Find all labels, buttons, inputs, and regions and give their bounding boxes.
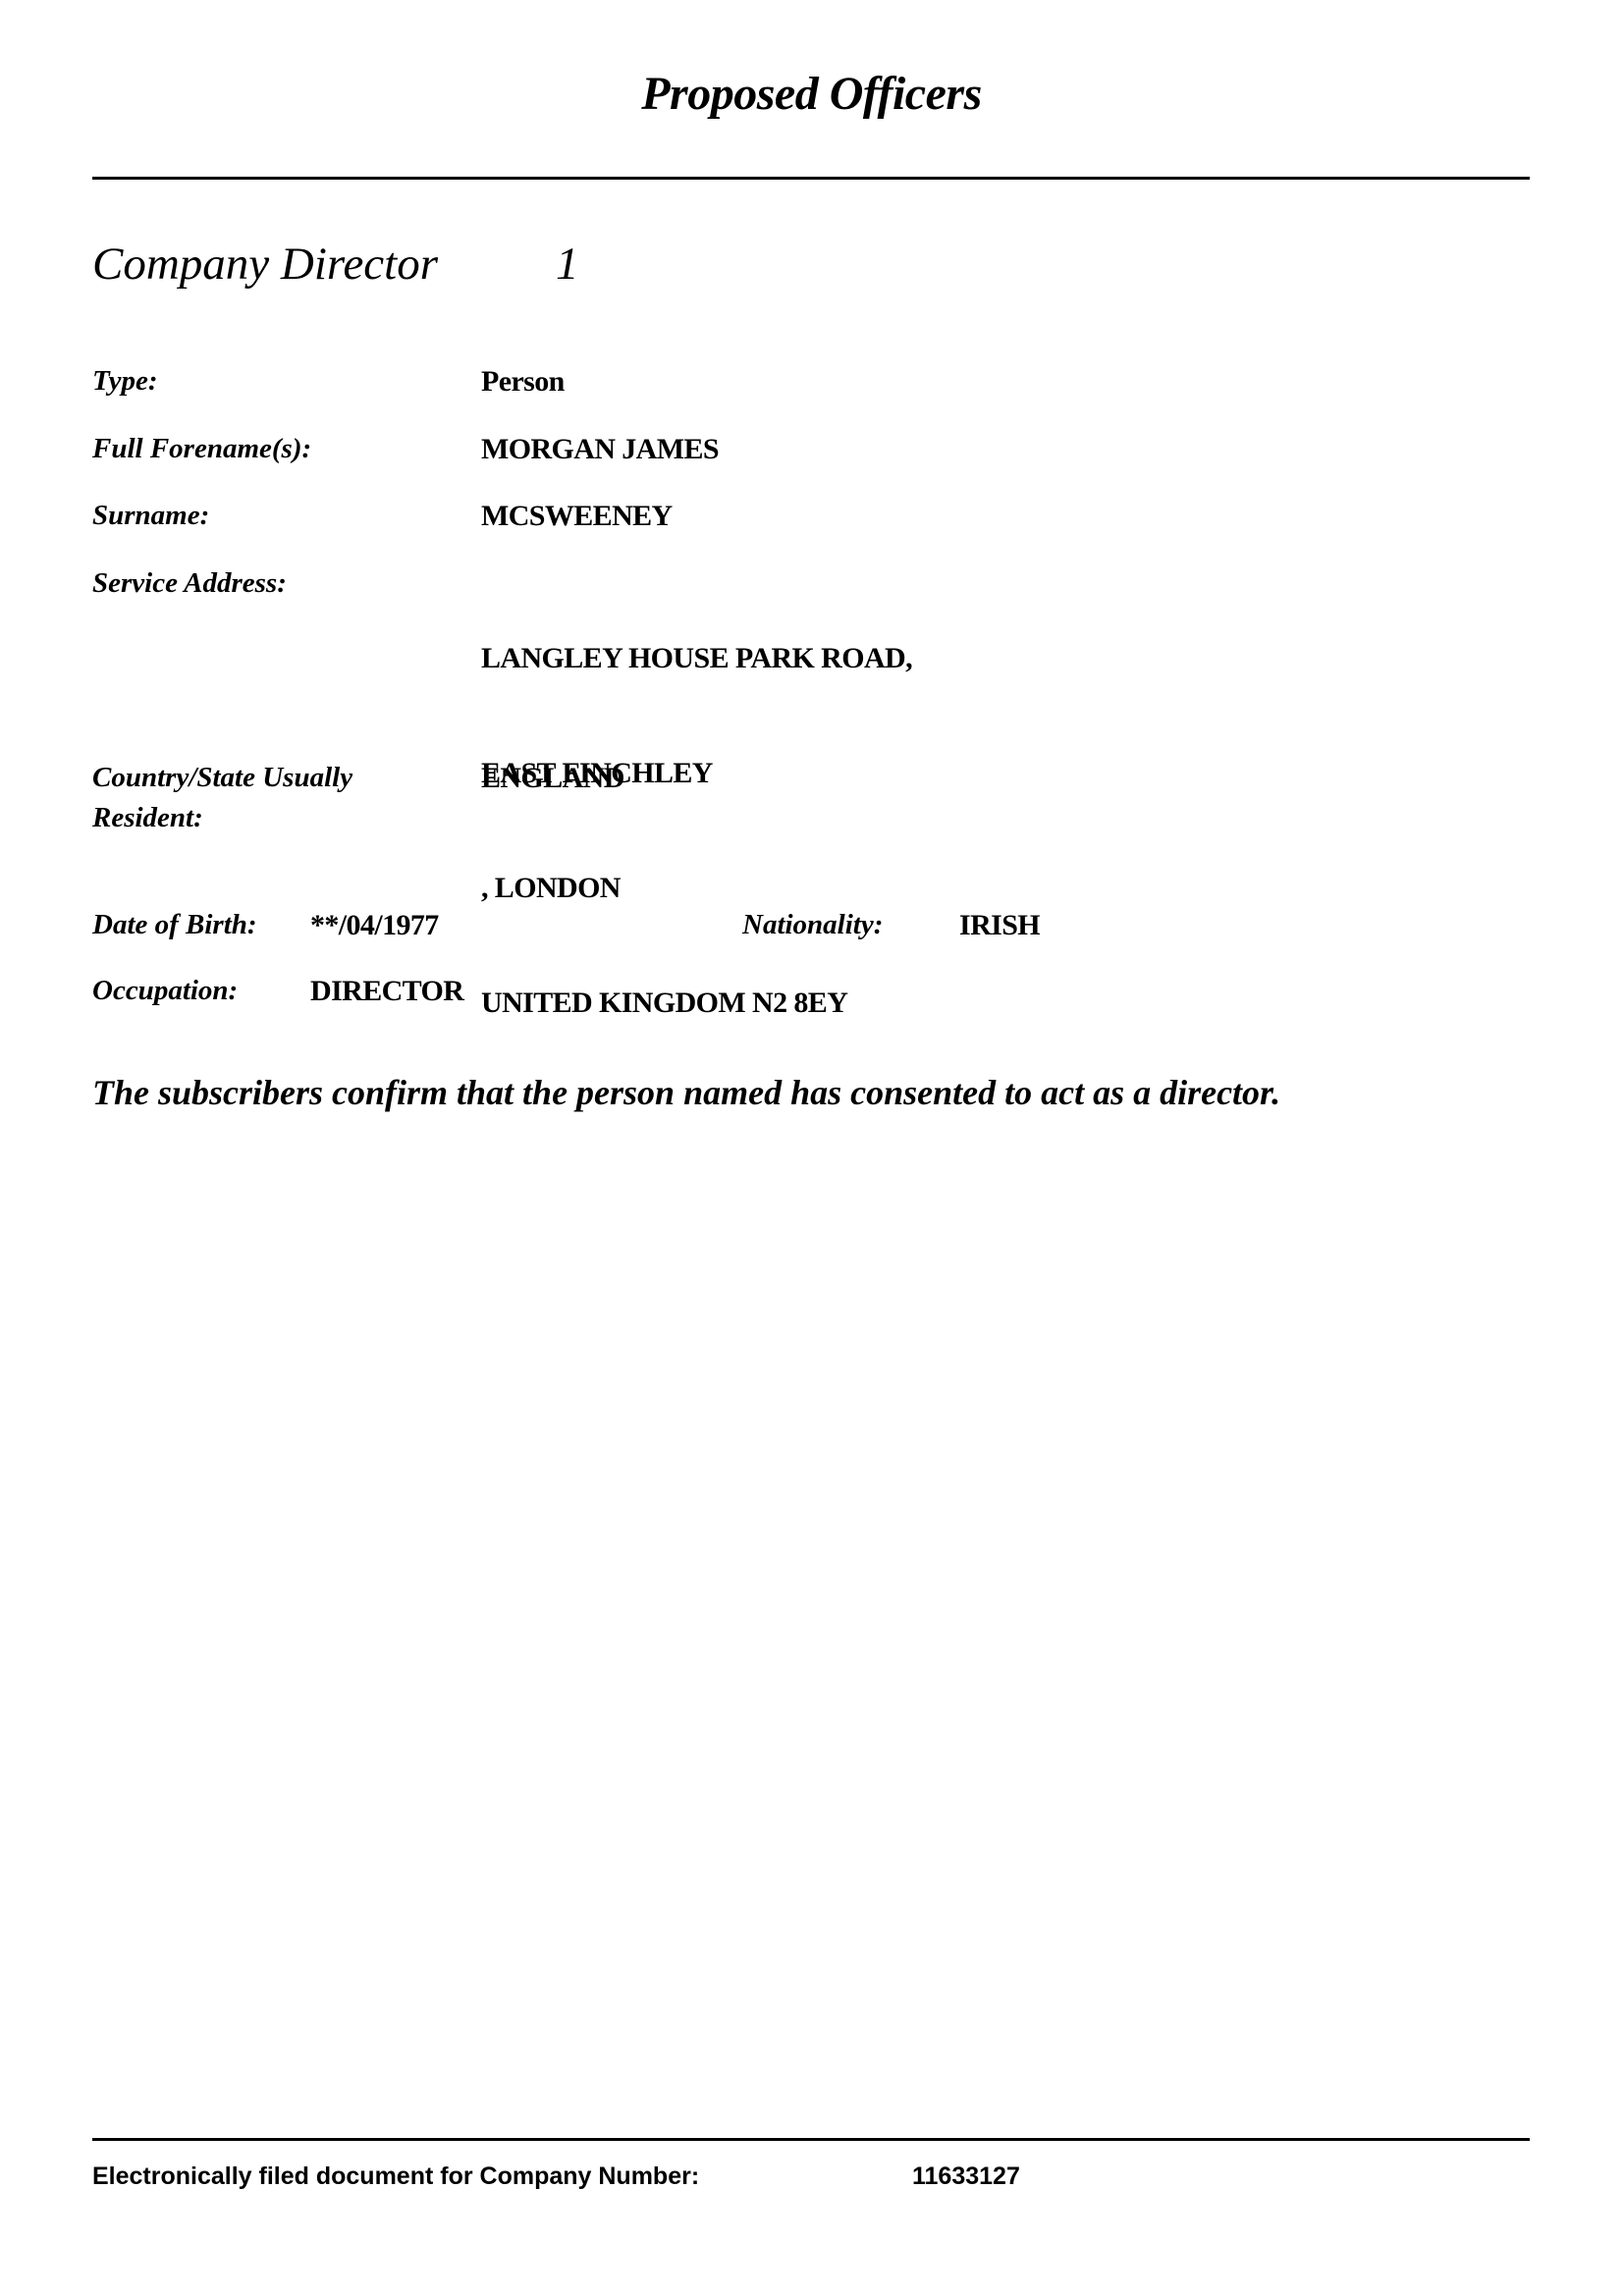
country-resident-value: ENGLAND (481, 764, 624, 793)
consent-statement: The subscribers confirm that the person … (92, 1075, 1280, 1110)
footer-divider (92, 2138, 1530, 2141)
type-value: Person (481, 367, 565, 397)
occupation-label: Occupation: (92, 977, 238, 1005)
address-line: , LONDON (481, 869, 912, 907)
country-resident-label: Country/State Usually Resident: (92, 758, 426, 838)
header-divider (92, 177, 1530, 180)
address-line: LANGLEY HOUSE PARK ROAD, (481, 639, 912, 677)
nationality-label: Nationality: (742, 911, 883, 939)
company-number: 11633127 (912, 2164, 1020, 2189)
nationality-value: IRISH (959, 911, 1040, 940)
dob-label: Date of Birth: (92, 911, 257, 939)
forenames-label: Full Forename(s): (92, 435, 311, 463)
surname-value: MCSWEENEY (481, 502, 673, 531)
footer-label: Electronically filed document for Compan… (92, 2164, 699, 2189)
service-address-value: LANGLEY HOUSE PARK ROAD, EAST FINCHLEY ,… (481, 562, 912, 1060)
address-line: UNITED KINGDOM N2 8EY (481, 984, 912, 1022)
service-address-label: Service Address: (92, 569, 287, 598)
occupation-value: DIRECTOR (310, 977, 463, 1006)
type-label: Type: (92, 367, 158, 396)
page-title: Proposed Officers (0, 71, 1623, 118)
director-number: 1 (556, 241, 579, 288)
section-heading: Company Director 1 (92, 241, 438, 288)
section-heading-label: Company Director (92, 239, 438, 290)
surname-label: Surname: (92, 502, 209, 530)
forenames-value: MORGAN JAMES (481, 435, 719, 464)
dob-value: **/04/1977 (310, 911, 439, 940)
